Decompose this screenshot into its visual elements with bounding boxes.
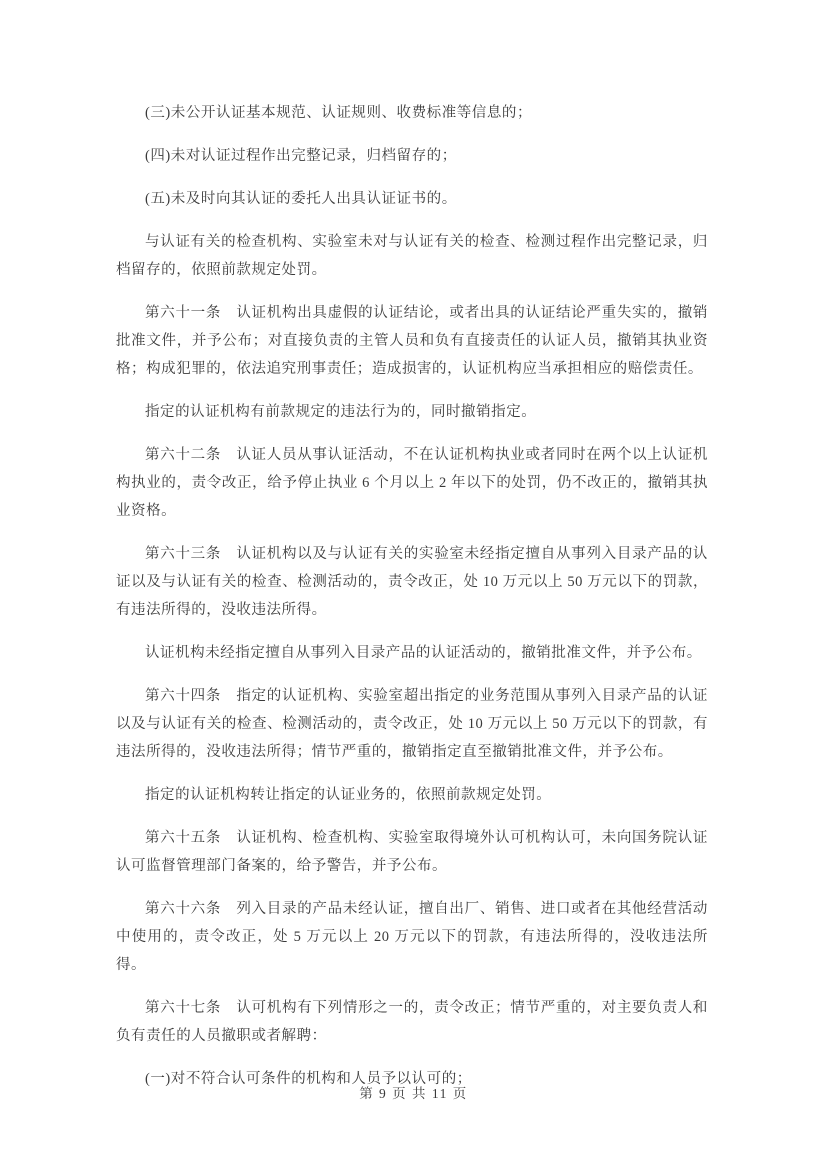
paragraph: 第六十三条 认证机构以及与认证有关的实验室未经指定擅自从事列入目录产品的认证以及… [116, 540, 708, 624]
document-body: (三)未公开认证基本规范、认证规则、收费标准等信息的； (四)未对认证过程作出完… [116, 99, 708, 1108]
paragraph: (三)未公开认证基本规范、认证规则、收费标准等信息的； [116, 99, 708, 127]
paragraph: (五)未及时向其认证的委托人出具认证证书的。 [116, 185, 708, 213]
document-page: (三)未公开认证基本规范、认证规则、收费标准等信息的； (四)未对认证过程作出完… [0, 0, 827, 1170]
paragraph: 认证机构未经指定擅自从事列入目录产品的认证活动的，撤销批准文件，并予公布。 [116, 639, 708, 667]
paragraph: 指定的认证机构有前款规定的违法行为的，同时撤销指定。 [116, 398, 708, 426]
page-number: 第 9 页 共 11 页 [0, 1082, 827, 1102]
paragraph: 第六十二条 认证人员从事认证活动，不在认证机构执业或者同时在两个以上认证机构执业… [116, 441, 708, 525]
paragraph: 指定的认证机构转让指定的认证业务的，依照前款规定处罚。 [116, 781, 708, 809]
paragraph: (四)未对认证过程作出完整记录，归档留存的； [116, 142, 708, 170]
paragraph: 第六十五条 认证机构、检查机构、实验室取得境外认可机构认可，未向国务院认证认可监… [116, 824, 708, 880]
paragraph: 第六十六条 列入目录的产品未经认证，擅自出厂、销售、进口或者在其他经营活动中使用… [116, 895, 708, 979]
paragraph: 第六十七条 认可机构有下列情形之一的，责令改正；情节严重的，对主要负责人和负有责… [116, 994, 708, 1050]
paragraph: 第六十一条 认证机构出具虚假的认证结论，或者出具的认证结论严重失实的，撤销批准文… [116, 299, 708, 383]
paragraph: 与认证有关的检查机构、实验室未对与认证有关的检查、检测过程作出完整记录，归档留存… [116, 228, 708, 284]
paragraph: 第六十四条 指定的认证机构、实验室超出指定的业务范围从事列入目录产品的认证以及与… [116, 682, 708, 766]
